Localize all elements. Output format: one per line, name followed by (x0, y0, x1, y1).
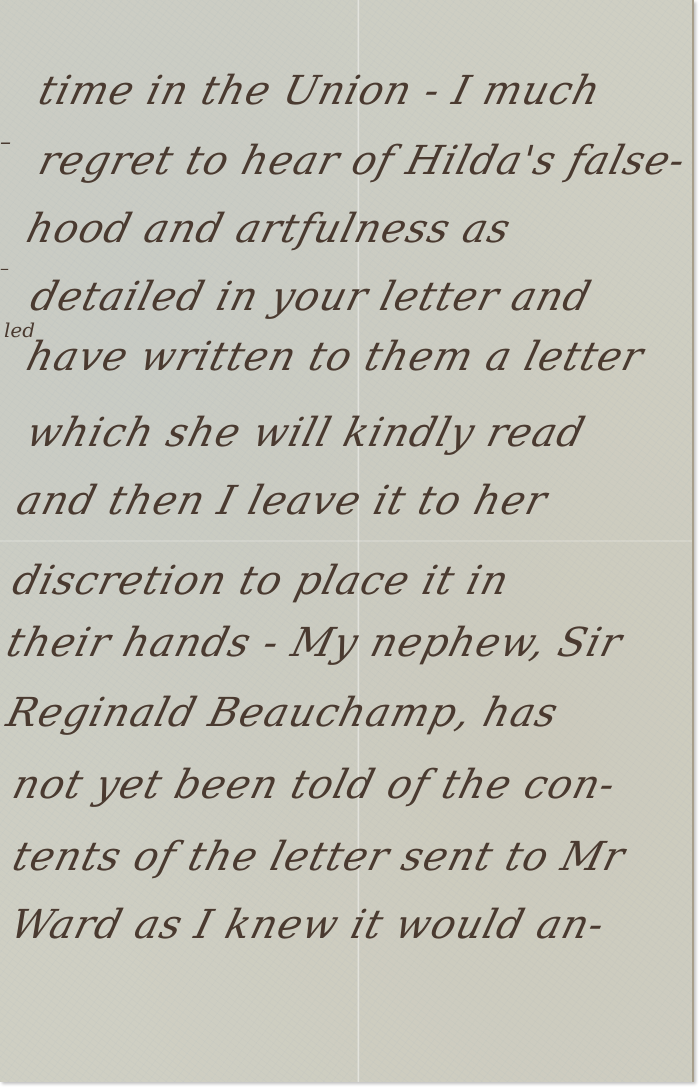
margin-dash: – (0, 258, 9, 279)
text-line: their hands - My nephew, Sir (2, 620, 627, 666)
paper-fold-horizontal (0, 540, 692, 542)
text-line: have written to them a letter (22, 334, 649, 380)
text-line: and then I leave it to her (12, 478, 552, 524)
margin-dash: – (0, 130, 11, 155)
text-line: time in the Union - I much (34, 68, 606, 114)
text-line: Ward as I knew it would an- (6, 902, 610, 948)
text-line: discretion to place it in (8, 558, 514, 604)
text-line: hood and artfulness as (22, 206, 516, 252)
text-line: tents of the letter sent to Mr (8, 834, 630, 880)
text-line: regret to hear of Hilda's false- (34, 138, 690, 184)
margin-fragment: led (4, 318, 35, 342)
text-line: Reginald Beauchamp, has (2, 690, 563, 736)
text-line: not yet been told of the con- (8, 762, 620, 808)
letter-page: – – led time in the Union - I much regre… (0, 0, 694, 1082)
text-line: which she will kindly read (22, 410, 590, 456)
text-line: detailed in your letter and (26, 274, 596, 320)
